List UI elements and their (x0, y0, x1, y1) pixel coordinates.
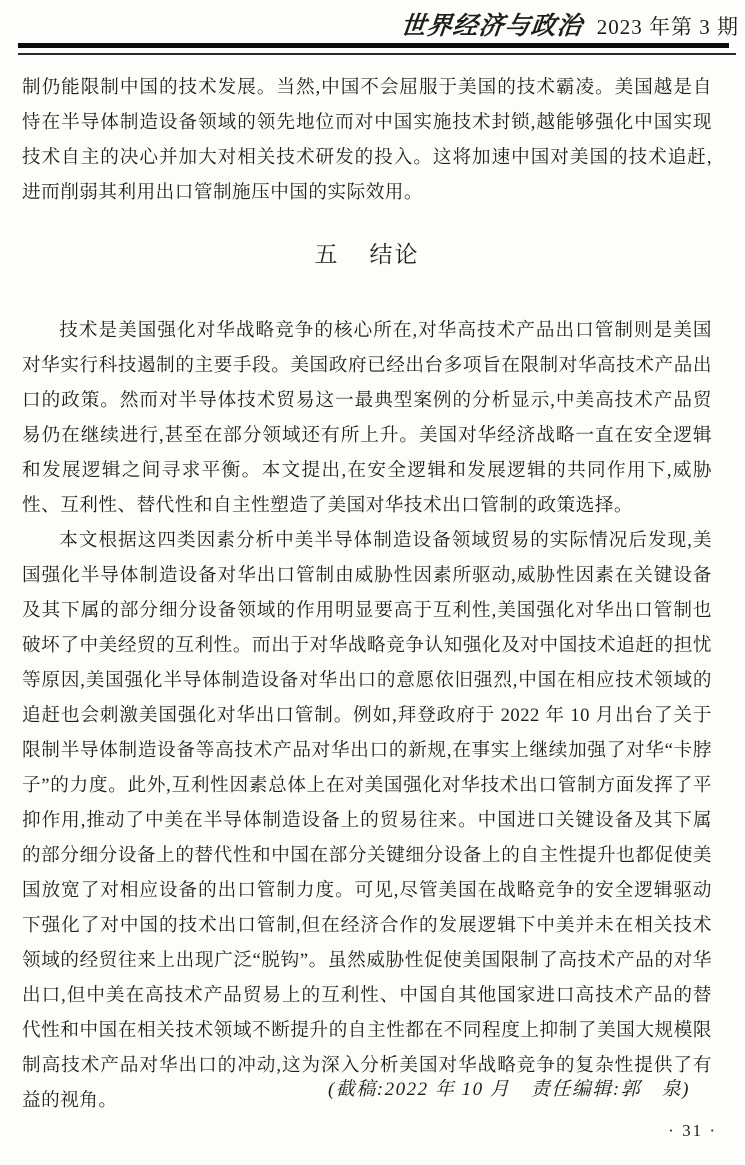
section-number: 五 (315, 242, 340, 267)
page-header: 世界经济与政治 2023 年第 3 期 (401, 6, 739, 42)
section-title: 结论 (369, 242, 419, 267)
header-rule-thick (18, 43, 729, 48)
conclusion-paragraph-2: 本文根据这四类因素分析中美半导体制造设备领域贸易的实际情况后发现,美国强化半导体… (22, 523, 712, 1118)
journal-title-calligraphy: 世界经济与政治 (399, 6, 585, 42)
continuation-paragraph: 制仍能限制中国的技术发展。当然,中国不会屈服于美国的技术霸凌。美国越是自恃在半导… (22, 70, 712, 210)
conclusion-paragraph-1: 技术是美国强化对华战略竞争的核心所在,对华高技术产品出口管制则是美国对华实行科技… (22, 313, 712, 523)
section-heading: 五结论 (22, 236, 712, 269)
header-rule-thin (18, 53, 736, 55)
issue-label: 2023 年第 3 期 (597, 11, 739, 41)
editorial-note: (截稿:2022 年 10 月 责任编辑:郭 泉) (328, 1074, 690, 1101)
page-number: · 31 · (668, 1121, 717, 1141)
article-body: 制仍能限制中国的技术发展。当然,中国不会屈服于美国的技术霸凌。美国越是自恃在半导… (22, 70, 712, 1118)
journal-page: 世界经济与政治 2023 年第 3 期 制仍能限制中国的技术发展。当然,中国不会… (0, 0, 745, 1165)
